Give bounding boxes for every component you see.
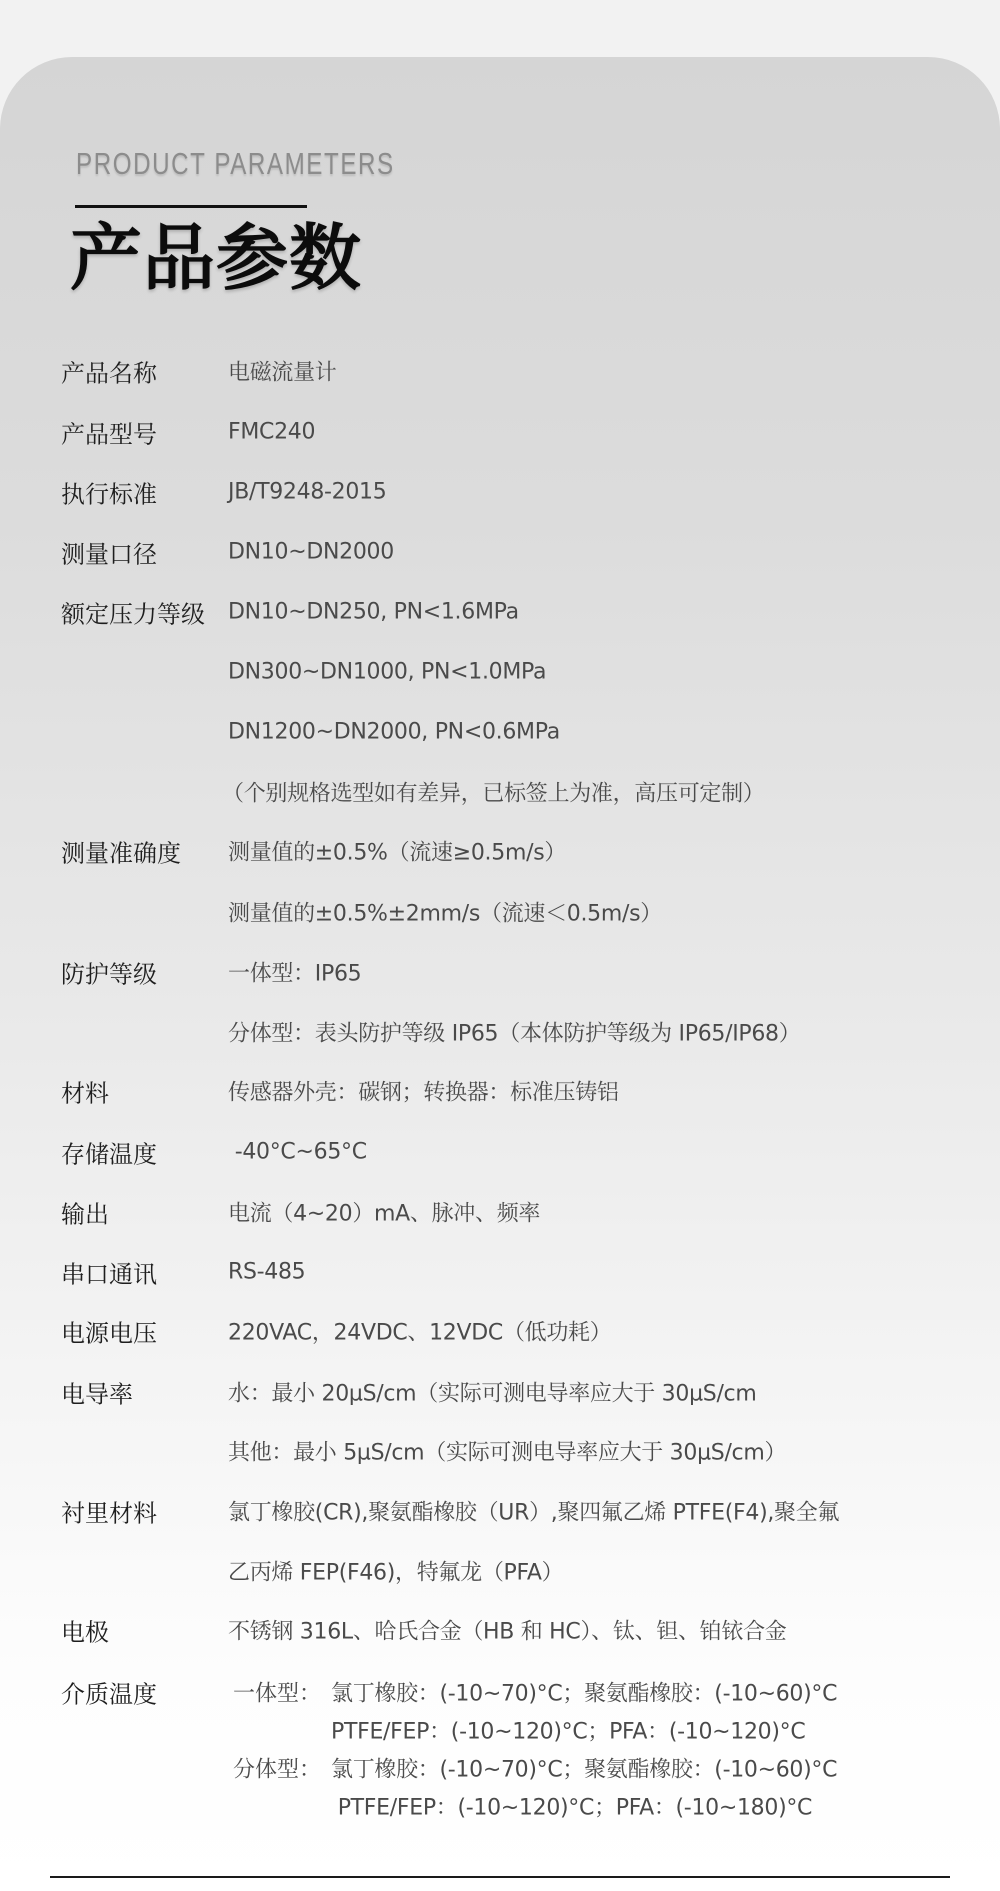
section-subtitle-en: PRODUCT PARAMETERS	[76, 146, 395, 182]
temp-detail: 氯丁橡胶：(-10~70)°C；聚氨酯橡胶：(-10~60)°C	[331, 1677, 837, 1708]
param-label: 串口通讯	[61, 1255, 157, 1290]
page-title: 产品参数	[70, 222, 362, 294]
param-value: 电流（4~20）mA、脉冲、频率	[228, 1197, 540, 1228]
param-label: 执行标准	[61, 475, 157, 510]
param-label: 产品名称	[61, 354, 157, 389]
param-value: 测量值的±0.5%±2mm/s（流速＜0.5m/s）	[228, 897, 662, 928]
param-value: 乙丙烯 FEP(F46)，特氟龙（PFA）	[228, 1556, 563, 1587]
param-label: 电源电压	[61, 1314, 157, 1349]
title-divider	[75, 205, 307, 208]
param-value: 传感器外壳：碳钢；转换器：标准压铸铝	[228, 1076, 619, 1107]
param-note: （个别规格选型如有差异，已标签上为准，高压可定制）	[222, 777, 765, 808]
param-label: 测量准确度	[61, 834, 181, 869]
param-value: DN10~DN2000	[228, 540, 394, 565]
param-label: 防护等级	[61, 955, 157, 990]
param-label: 测量口径	[61, 535, 157, 570]
param-value: DN10~DN250, PN<1.6MPa	[228, 600, 519, 625]
param-value: FMC240	[228, 420, 315, 445]
bottom-divider	[50, 1876, 950, 1878]
param-label: 材料	[61, 1074, 109, 1109]
param-value: 不锈钢 316L、哈氏合金（HB 和 HC）、钛、钽、铂铱合金	[228, 1615, 786, 1646]
temp-detail: PTFE/FEP：(-10~120)°C；PFA：(-10~120)°C	[331, 1715, 805, 1746]
temp-detail: 氯丁橡胶：(-10~70)°C；聚氨酯橡胶：(-10~60)°C	[331, 1753, 837, 1784]
param-label: 电极	[61, 1613, 109, 1648]
param-value: 其他：最小 5µS/cm（实际可测电导率应大于 30µS/cm）	[228, 1436, 786, 1467]
param-label: 衬里材料	[61, 1494, 157, 1529]
param-label: 介质温度	[61, 1675, 157, 1710]
param-value: 氯丁橡胶(CR),聚氨酯橡胶（UR）,聚四氟乙烯 PTFE(F4),聚全氟	[228, 1496, 839, 1527]
param-value: DN300~DN1000, PN<1.0MPa	[228, 660, 546, 685]
param-label: 额定压力等级	[61, 595, 205, 630]
param-value: 220VAC，24VDC、12VDC（低功耗）	[228, 1316, 611, 1347]
param-value: 测量值的±0.5%（流速≥0.5m/s）	[228, 836, 566, 867]
param-label: 输出	[61, 1195, 109, 1230]
param-label: 存储温度	[61, 1135, 157, 1170]
param-value: JB/T9248-2015	[228, 480, 386, 505]
param-value: DN1200~DN2000, PN<0.6MPa	[228, 720, 560, 745]
param-value: 一体型：IP65	[228, 957, 361, 988]
param-value: -40°C~65°C	[228, 1140, 367, 1165]
temp-detail: PTFE/FEP：(-10~120)°C；PFA：(-10~180)°C	[331, 1791, 812, 1822]
param-label: 产品型号	[61, 415, 157, 450]
temp-type-integrated: 一体型：	[233, 1677, 321, 1708]
temp-type-split: 分体型：	[233, 1753, 321, 1784]
param-value: 分体型：表头防护等级 IP65（本体防护等级为 IP65/IP68）	[228, 1017, 800, 1048]
param-label: 电导率	[61, 1375, 133, 1410]
param-value: 电磁流量计	[228, 356, 337, 387]
param-value: 水：最小 20µS/cm（实际可测电导率应大于 30µS/cm	[228, 1377, 756, 1408]
param-value: RS-485	[228, 1260, 305, 1285]
